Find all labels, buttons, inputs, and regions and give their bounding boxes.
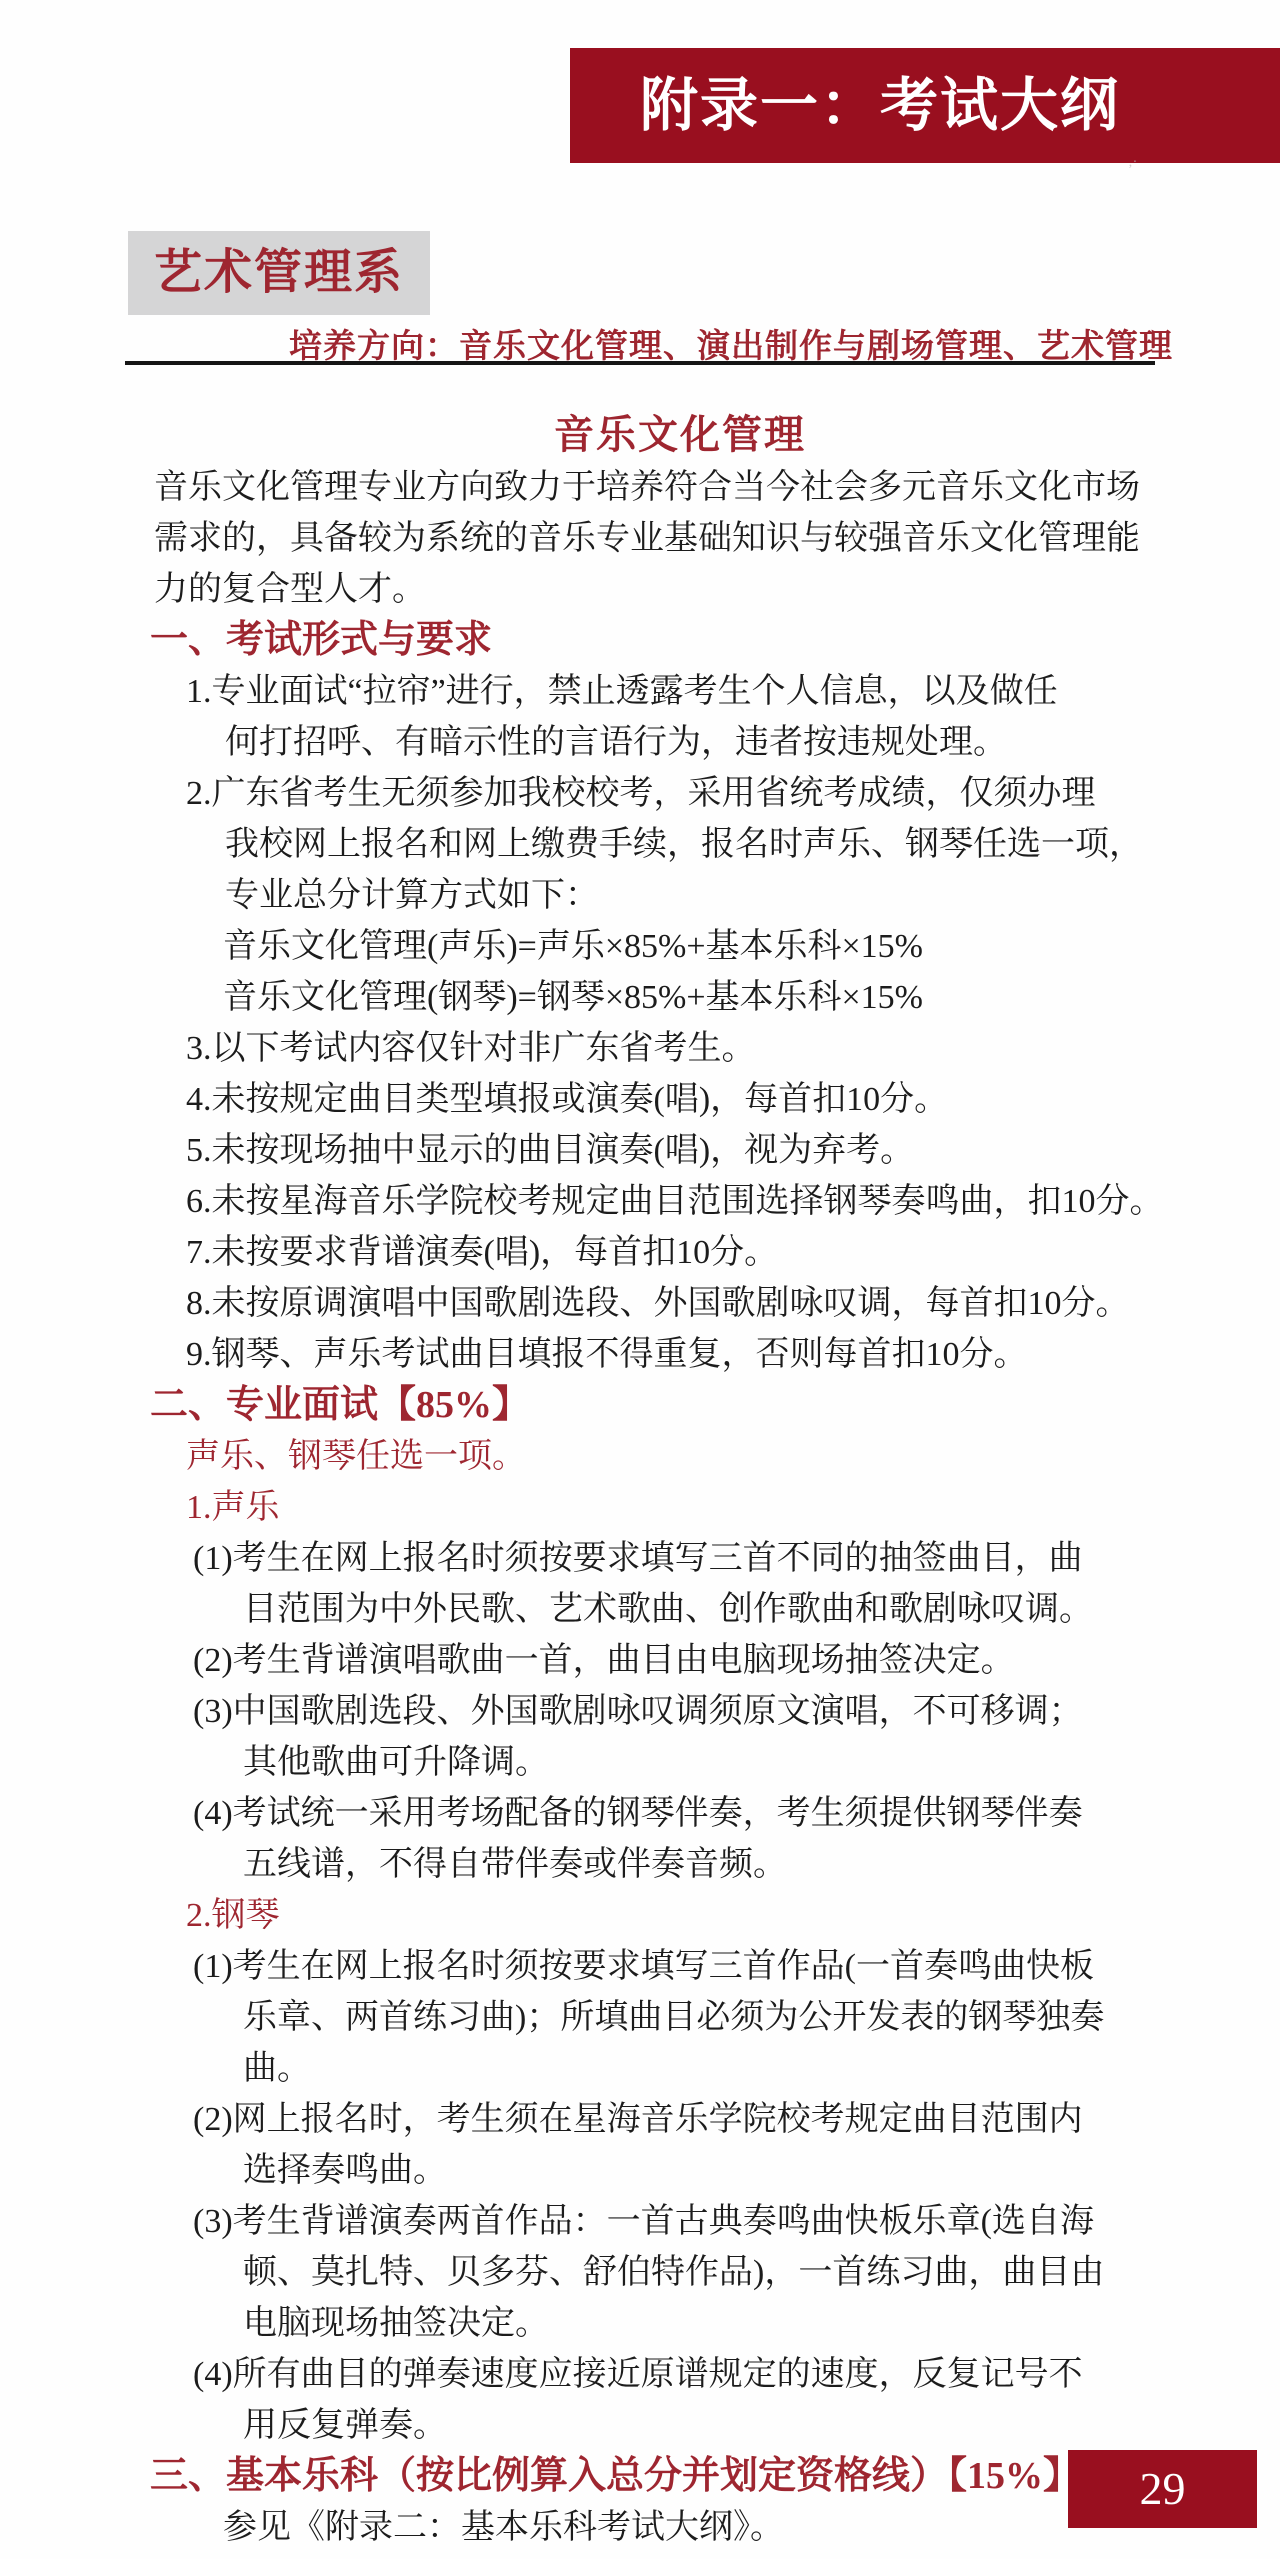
- sub-item-line: (1)考生在网上报名时须按要求填写三首作品(一首奏鸣曲快板: [150, 1941, 1210, 1992]
- sub-item-continuation: 顿、莫扎特、贝多芬、舒伯特作品)，一首练习曲，曲目由: [150, 2247, 1210, 2298]
- section-heading: 三、基本乐科（按比例算入总分并划定资格线）【15%】: [150, 2451, 1210, 2502]
- sub-item-line: (3)中国歌剧选段、外国歌剧咏叹调须原文演唱，不可移调；: [150, 1686, 1210, 1737]
- list-item-line: 8.未按原调演唱中国歌剧选段、外国歌剧咏叹调，每首扣10分。: [150, 1278, 1210, 1329]
- sub-heading-line: 2.钢琴: [150, 1890, 1210, 1941]
- formula-line: 音乐文化管理(声乐)=声乐×85%+基本乐科×15%: [150, 921, 1210, 972]
- list-item-line: 2.广东省考生无须参加我校校考，采用省统考成绩，仅须办理: [150, 768, 1210, 819]
- sub-item-line: (4)考试统一采用考场配备的钢琴伴奏，考生须提供钢琴伴奏: [150, 1788, 1210, 1839]
- paragraph-line: 需求的，具备较为系统的音乐专业基础知识与较强音乐文化管理能: [150, 513, 1210, 564]
- list-item-line: 9.钢琴、声乐考试曲目填报不得重复，否则每首扣10分。: [150, 1329, 1210, 1380]
- section-heading: 二、专业面试【85%】: [150, 1380, 1210, 1431]
- sub-item-continuation: 曲。: [150, 2043, 1210, 2094]
- doc-title: 音乐文化管理: [150, 408, 1210, 462]
- content-lines: 音乐文化管理专业方向致力于培养符合当今社会多元音乐文化市场需求的，具备较为系统的…: [150, 462, 1210, 2553]
- department-box: 艺术管理系: [128, 231, 430, 315]
- sub-item-continuation: 目范围为中外民歌、艺术歌曲、创作歌曲和歌剧咏叹调。: [150, 1584, 1210, 1635]
- paragraph-line: 力的复合型人才。: [150, 564, 1210, 615]
- page-number: 29: [1140, 2463, 1186, 2514]
- sub-item-line: (3)考生背谱演奏两首作品：一首古典奏鸣曲快板乐章(选自海: [150, 2196, 1210, 2247]
- sub-item-line: (2)考生背谱演唱歌曲一首，曲目由电脑现场抽签决定。: [150, 1635, 1210, 1686]
- sub-item-continuation: 用反复弹奏。: [150, 2400, 1210, 2451]
- list-item-line: 7.未按要求背谱演奏(唱)，每首扣10分。: [150, 1227, 1210, 1278]
- appendix-banner: 附录一：考试大纲: [570, 48, 1280, 163]
- appendix-banner-title: 附录一：考试大纲: [640, 73, 1120, 138]
- sub-item-line: (4)所有曲目的弹奏速度应接近原谱规定的速度，反复记号不: [150, 2349, 1210, 2400]
- divider-rule: [125, 361, 1155, 365]
- list-item-line: 3.以下考试内容仅针对非广东省考生。: [150, 1023, 1210, 1074]
- section-heading: 一、考试形式与要求: [150, 615, 1210, 666]
- scan-artifact: ‚·: [1128, 158, 1150, 168]
- document-page: 附录一：考试大纲 艺术管理系 ‚· 培养方向：音乐文化管理、演出制作与剧场管理、…: [0, 0, 1280, 2559]
- training-directions: 培养方向：音乐文化管理、演出制作与剧场管理、艺术管理: [289, 320, 1173, 367]
- formula-line: 音乐文化管理(钢琴)=钢琴×85%+基本乐科×15%: [150, 972, 1210, 1023]
- list-item-line: 4.未按规定曲目类型填报或演奏(唱)，每首扣10分。: [150, 1074, 1210, 1125]
- sub-item-line: (1)考生在网上报名时须按要求填写三首不同的抽签曲目，曲: [150, 1533, 1210, 1584]
- list-item-line: 1.专业面试“拉帘”进行，禁止透露考生个人信息，以及做任: [150, 666, 1210, 717]
- list-item-continuation: 何打招呼、有暗示性的言语行为，违者按违规处理。: [150, 717, 1210, 768]
- paragraph-line: 音乐文化管理专业方向致力于培养符合当今社会多元音乐文化市场: [150, 462, 1210, 513]
- list-item-line: 5.未按现场抽中显示的曲目演奏(唱)，视为弃考。: [150, 1125, 1210, 1176]
- list-item-line: 6.未按星海音乐学院校考规定曲目范围选择钢琴奏鸣曲，扣10分。: [150, 1176, 1210, 1227]
- list-item-continuation: 我校网上报名和网上缴费手续，报名时声乐、钢琴任选一项，: [150, 819, 1210, 870]
- sub-item-continuation: 电脑现场抽签决定。: [150, 2298, 1210, 2349]
- sub-heading-line: 1.声乐: [150, 1482, 1210, 1533]
- content-area: 音乐文化管理 音乐文化管理专业方向致力于培养符合当今社会多元音乐文化市场需求的，…: [150, 408, 1210, 2553]
- department-title: 艺术管理系: [154, 246, 404, 299]
- reference-line: 参见《附录二：基本乐科考试大纲》。: [150, 2502, 1210, 2553]
- sub-item-continuation: 乐章、两首练习曲)；所填曲目必须为公开发表的钢琴独奏: [150, 1992, 1210, 2043]
- page-number-box: 29: [1068, 2450, 1257, 2528]
- list-item-continuation: 专业总分计算方式如下：: [150, 870, 1210, 921]
- sub-item-continuation: 选择奏鸣曲。: [150, 2145, 1210, 2196]
- sub-item-continuation: 其他歌曲可升降调。: [150, 1737, 1210, 1788]
- sub-item-continuation: 五线谱，不得自带伴奏或伴奏音频。: [150, 1839, 1210, 1890]
- sub-item-line: (2)网上报名时，考生须在星海音乐学院校考规定曲目范围内: [150, 2094, 1210, 2145]
- note-line: 声乐、钢琴任选一项。: [150, 1431, 1210, 1482]
